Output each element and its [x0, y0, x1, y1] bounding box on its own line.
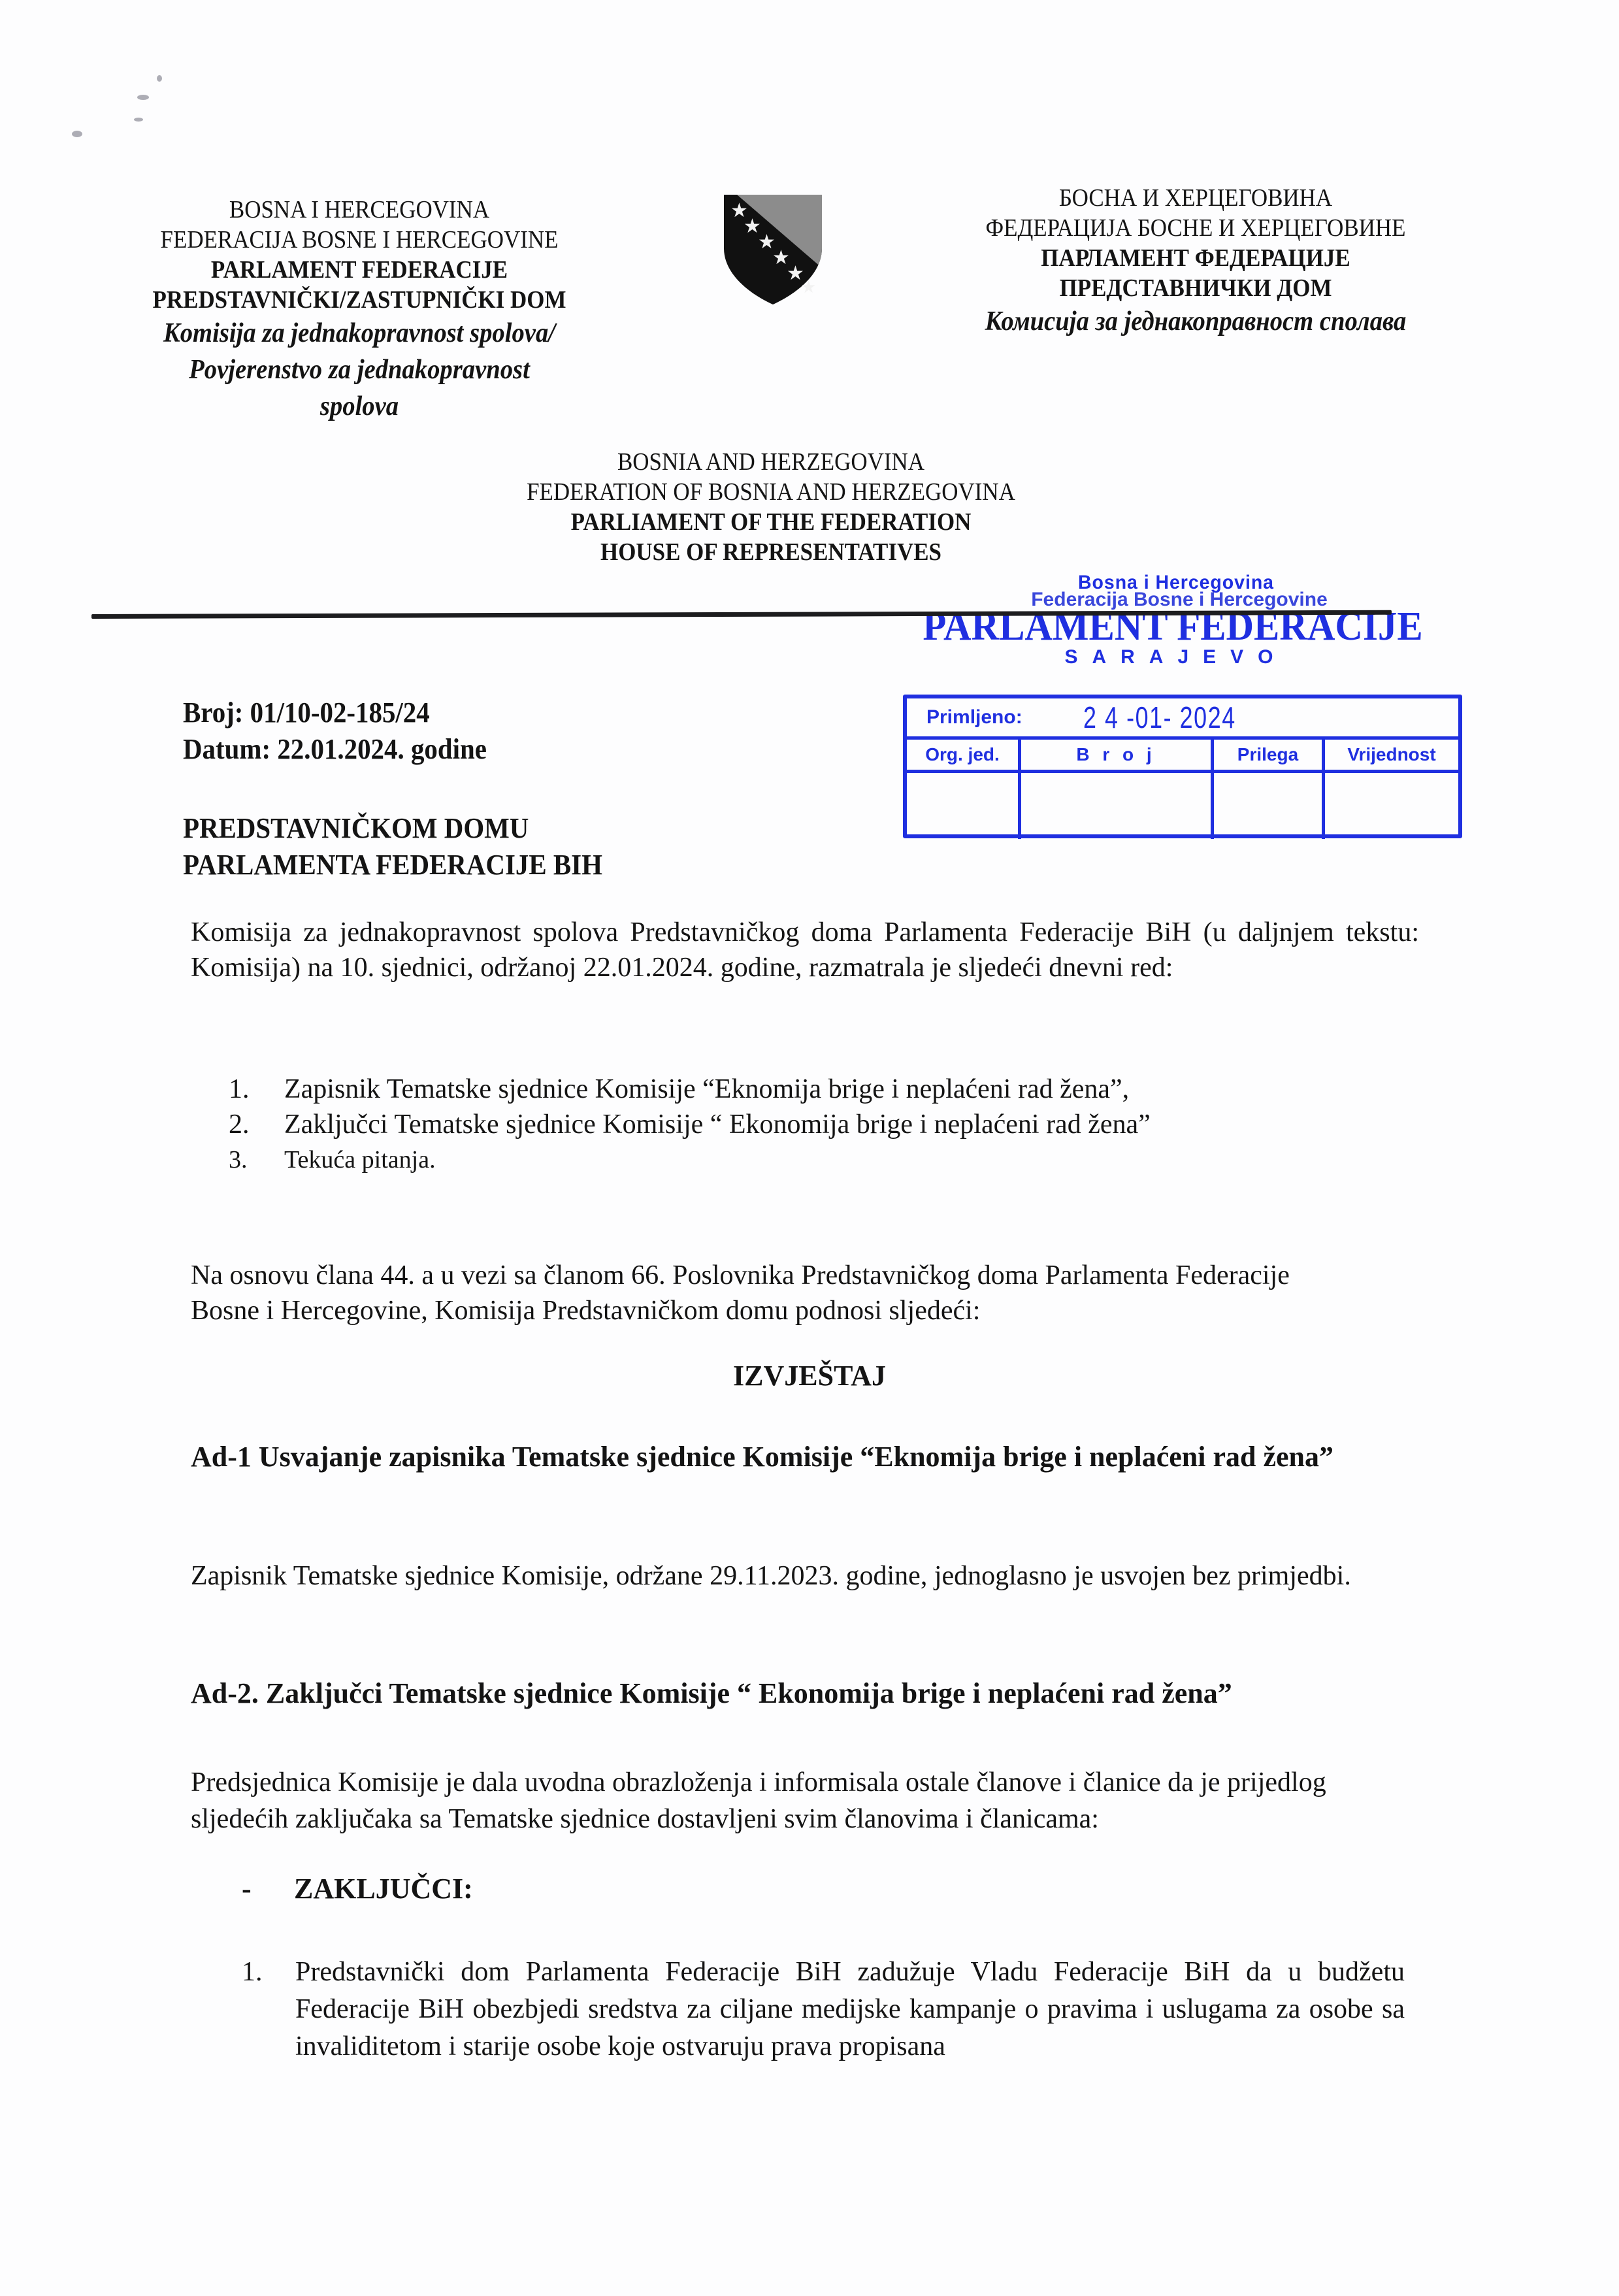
stamp-city: SARAJEVO	[875, 646, 1477, 668]
svg-text:★: ★	[801, 278, 816, 297]
letterhead-line: ПРЕДСТАВНИЧКИ ДОМ	[925, 273, 1466, 303]
letterhead-line: PARLAMENT FEDERACIJE	[125, 255, 594, 285]
letterhead-cyrillic: БОСНА И ХЕРЦЕГОВИНА ФЕДЕРАЦИЈА БОСНЕ И Х…	[925, 183, 1466, 340]
committee-name: Комисија за једнакоправност сполава	[925, 303, 1466, 340]
letterhead-line: БОСНА И ХЕРЦЕГОВИНА	[925, 183, 1466, 213]
ad2-heading: Ad-2. Zaključci Tematske sjednice Komisi…	[191, 1673, 1432, 1714]
agenda-list: 1.Zapisnik Tematske sjednice Komisije “E…	[229, 1072, 1151, 1177]
committee-name: spolova	[125, 388, 594, 425]
letterhead-line: ПАРЛАМЕНТ ФЕДЕРАЦИЈЕ	[925, 243, 1466, 273]
document-meta: Broj: 01/10-02-185/24 Datum: 22.01.2024.…	[183, 695, 487, 768]
intro-paragraph: Komisija za jednakopravnost spolova Pred…	[191, 915, 1419, 985]
received-stamp: Bosna i Hercegovina Federacija Bosne i H…	[902, 572, 1477, 668]
ad1-text: Zapisnik Tematske sjednice Komisije, odr…	[191, 1558, 1419, 1594]
agenda-item: 1.Zapisnik Tematske sjednice Komisije “E…	[229, 1072, 1151, 1107]
letterhead-line: HOUSE OF REPRESENTATIVES	[459, 537, 1084, 567]
conclusion-item: 1. Predstavnički dom Parlamenta Federaci…	[242, 1954, 1405, 2065]
bih-coat-of-arms-icon: ★ ★ ★ ★ ★ ★	[717, 189, 828, 307]
letterhead-bosnian: BOSNA I HERCEGOVINA FEDERACIJA BOSNE I H…	[125, 195, 594, 425]
letterhead-line: PREDSTAVNIČKI/ZASTUPNIČKI DOM	[125, 285, 594, 315]
letterhead-line: BOSNA I HERCEGOVINA	[125, 195, 594, 225]
letterhead-line: FEDERACIJA BOSNE I HERCEGOVINE	[125, 225, 594, 255]
received-date: 2 4 -01- 2024	[1083, 700, 1236, 735]
ad2-text: Predsjednica Komisije je dala uvodna obr…	[191, 1764, 1426, 1837]
stamp-col-attachment: Prilega	[1214, 740, 1322, 773]
document-number: Broj: 01/10-02-185/24	[183, 695, 487, 731]
document-date: Datum: 22.01.2024. godine	[183, 731, 487, 768]
committee-name: Povjerenstvo za jednakopravnost	[125, 352, 594, 388]
letterhead-line: PARLIAMENT OF THE FEDERATION	[459, 507, 1084, 537]
recipient-line: PREDSTAVNIČKOM DOMU	[183, 810, 602, 847]
letterhead-line: BOSNIA AND HERZEGOVINA	[459, 447, 1084, 477]
legal-basis-paragraph: Na osnovu člana 44. a u vezi sa članom 6…	[191, 1258, 1341, 1328]
scan-artifact	[65, 52, 163, 131]
report-title: IZVJEŠTAJ	[0, 1359, 1619, 1392]
letterhead-english: BOSNIA AND HERZEGOVINA FEDERATION OF BOS…	[459, 447, 1084, 567]
stamp-col-org: Org. jed.	[907, 740, 1018, 773]
letterhead-line: ФЕДЕРАЦИЈА БОСНЕ И ХЕРЦЕГОВИНЕ	[925, 213, 1466, 243]
conclusions-heading: - ZAKLJUČCI:	[242, 1872, 473, 1905]
stamp-col-value: Vrijednost	[1325, 740, 1458, 773]
ad1-heading: Ad-1 Usvajanje zapisnika Tematske sjedni…	[191, 1436, 1432, 1478]
agenda-item: 3.Tekuća pitanja.	[229, 1142, 1151, 1177]
stamp-col-number: B r o j	[1021, 740, 1211, 773]
received-label: Primljeno:	[926, 706, 1077, 729]
recipient-line: PARLAMENTA FEDERACIJE BIH	[183, 847, 602, 883]
letterhead-line: FEDERATION OF BOSNIA AND HERZEGOVINA	[459, 477, 1084, 507]
stamp-registry-box: Primljeno: 2 4 -01- 2024 Org. jed. B r o…	[903, 695, 1462, 838]
agenda-item: 2.Zaključci Tematske sjednice Komisije “…	[229, 1107, 1151, 1142]
committee-name: Komisija za jednakopravnost spolova/	[125, 315, 594, 352]
recipient: PREDSTAVNIČKOM DOMU PARLAMENTA FEDERACIJ…	[183, 810, 602, 883]
